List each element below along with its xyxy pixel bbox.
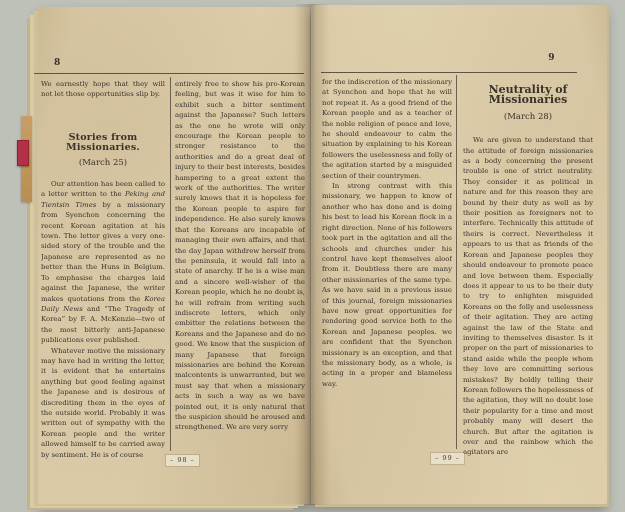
- article-heading-stories-from-missionaries: Stories from Missionaries.: [43, 133, 163, 154]
- paragraph: Whatever motive the missionary may have …: [41, 346, 165, 460]
- article-date-march-28: (March 28): [463, 112, 593, 122]
- paragraph: entirely free to show his pro-Korean fee…: [175, 79, 305, 433]
- continuation-paragraph: We earnestly hope that they will not let…: [41, 79, 165, 100]
- article-date-march-25: (March 25): [41, 158, 165, 168]
- paragraph-segment: by a missionary from Syenchon concerning…: [41, 201, 165, 303]
- photo-background: 8 We earnestly hope that they will not l…: [0, 0, 625, 512]
- right-page: 9 for the indiscretion of the missionary…: [311, 5, 607, 504]
- right-column-2: Neutrality of Missionaries (March 28) We…: [463, 77, 593, 459]
- red-bookmark-sticker: [17, 140, 29, 166]
- left-page: 8 We earnestly hope that they will not l…: [38, 7, 310, 504]
- article-heading-neutrality-of-missionaries: Neutrality of Missionaries: [463, 85, 593, 106]
- right-page-number: 9: [548, 53, 555, 63]
- paragraph: We are given to understand that the atti…: [463, 135, 593, 458]
- left-column-1: We earnestly hope that they will not let…: [41, 79, 165, 461]
- left-header-rule: [34, 73, 304, 74]
- left-page-number: 8: [54, 58, 61, 68]
- paragraph: In strong contrast with this missionary,…: [322, 181, 452, 389]
- open-book: 8 We earnestly hope that they will not l…: [0, 0, 625, 512]
- left-column-divider: [170, 77, 171, 451]
- paragraph: Our attention has been called to a lette…: [41, 179, 165, 346]
- right-column-divider: [456, 75, 457, 449]
- left-footer-page-label: – 98 –: [166, 455, 199, 466]
- right-column-1: for the indiscretion of the missionary a…: [322, 77, 452, 459]
- left-column-2: entirely free to show his pro-Korean fee…: [175, 79, 305, 461]
- paragraph: for the indiscretion of the missionary a…: [322, 77, 452, 181]
- right-footer-page-label: – 99 –: [431, 453, 464, 464]
- right-header-rule: [321, 72, 577, 73]
